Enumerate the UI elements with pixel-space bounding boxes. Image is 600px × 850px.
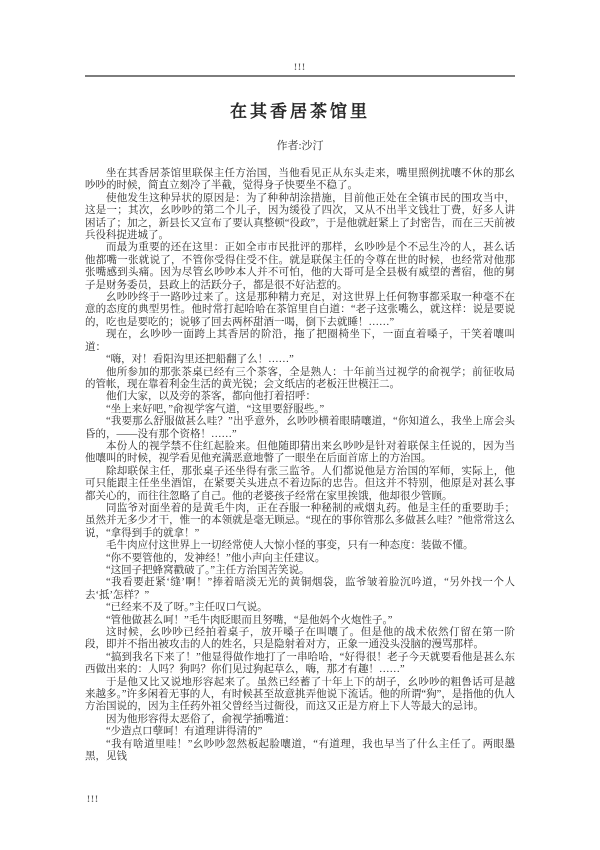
header-divider	[85, 75, 515, 77]
paragraph: “少造点口孽呵！有道理讲得清的”	[85, 726, 515, 738]
paragraph: “搞到我名下来了！”他显得做作地打了一串哈哈，“好得很！老子今天就要看他是甚么东…	[85, 652, 515, 677]
paragraph: 使他发生这种异状的原因是：为了种种胡涂措施，目前他正处在全镇市民的围攻当中，这是…	[85, 193, 515, 243]
paragraph: 同监爷对面坐着的是黄毛牛肉，正在吞服一种秘制的戒烟丸药。他是主任的重要助手；虽然…	[85, 503, 515, 540]
paragraph: “嗨，对！看阳沟里还把船翻了么！……”	[85, 354, 515, 366]
article-author: 作者:沙汀	[85, 139, 515, 153]
page-footer-mark: !!!	[87, 794, 99, 804]
paragraph: 除却联保主任，那张桌子还坐得有张三监爷。人们都说他是方治国的军师，实际上，他可只…	[85, 466, 515, 503]
paragraph: 而最为重要的还在这里：正如全市市民批评的那样，幺吵吵是个不忌生冷的人，甚么话他都…	[85, 242, 515, 292]
page-header-mark: !!!	[85, 0, 515, 73]
document-page: !!! 在其香居茶馆里 作者:沙汀 坐在其香居茶馆里联保主任方治国，当他看见正从…	[0, 0, 600, 850]
paragraph: 这时候，幺吵吵已经拍着桌子，放开嗓子在叫嚷了。但是他的战术依然仃留在第一阶段，即…	[85, 627, 515, 652]
paragraph: 现在，幺吵吵一面跨上其香居的阶沿，拖了把圈椅坐下，一面直着嗓子，干笑着嚷叫道：	[85, 329, 515, 354]
page-content: !!! 在其香居茶馆里 作者:沙汀 坐在其香居茶馆里联保主任方治国，当他看见正从…	[85, 0, 515, 764]
article-title: 在其香居茶馆里	[85, 101, 515, 123]
paragraph: 因为他形容得太恶俗了，俞视学插嘴道：	[85, 714, 515, 726]
paragraph: “管他做甚么呵！”毛牛肉眨眼而且努嘴，“是他妈个火炮性子。”	[85, 615, 515, 627]
paragraph: 本份人的视学禁不住红起脸来。但他随即猜出来幺吵吵是针对着联保主任说的，因为当他嚷…	[85, 441, 515, 466]
paragraph: “坐上来好吧，”俞视学客气道，“这里要舒服些。”	[85, 404, 515, 416]
paragraph: 幺吵吵终于一路吵过来了。这是那种精力充足，对这世界上任何物事都采取一种毫不在意的…	[85, 292, 515, 329]
paragraph: “你不要管他的，发神经！”他小声向主任建议。	[85, 553, 515, 565]
paragraph: “我要那么舒服做甚么哇？”出乎意外，幺吵吵横着眼睛嚷道，“你知道么，我坐上席会头…	[85, 416, 515, 441]
paragraph: 毛牛肉应付这世界上一切经常使人大惊小怪的事变，只有一种态度：装做不懂。	[85, 540, 515, 552]
paragraph: 他所参加的那张茶桌已经有三个茶客，全是熟人：十年前当过视学的俞视学；前征收局的管…	[85, 367, 515, 392]
paragraph: 坐在其香居茶馆里联保主任方治国，当他看见正从东头走来，嘴里照例扰嚷不休的那幺吵吵…	[85, 168, 515, 193]
paragraph: “我有啥道里哇！”幺吵吵忽然板起脸嚷道，“有道理，我也早当了什么主任了。两眼墨黑…	[85, 739, 515, 764]
paragraph: 他们大家，以及旁的茶客，都向他打着招呼：	[85, 391, 515, 403]
paragraph: 于是他又比又说地形容起来了。虽然已经蓄了十年上下的胡子，幺吵吵的粗鲁话可是越来越…	[85, 677, 515, 714]
article-body: 坐在其香居茶馆里联保主任方治国，当他看见正从东头走来，嘴里照例扰嚷不休的那幺吵吵…	[85, 168, 515, 764]
paragraph: “这回子把蜂窝戳破了。”主任方治国苦笑说。	[85, 565, 515, 577]
paragraph: “我看要赶紧‘缝’啊！”捧着暗淡无光的黄铜烟袋，监爷皱着脸沉吟道，“另外找一个人…	[85, 577, 515, 602]
paragraph: “已经来不及了呀。”主任叹口气说。	[85, 602, 515, 614]
